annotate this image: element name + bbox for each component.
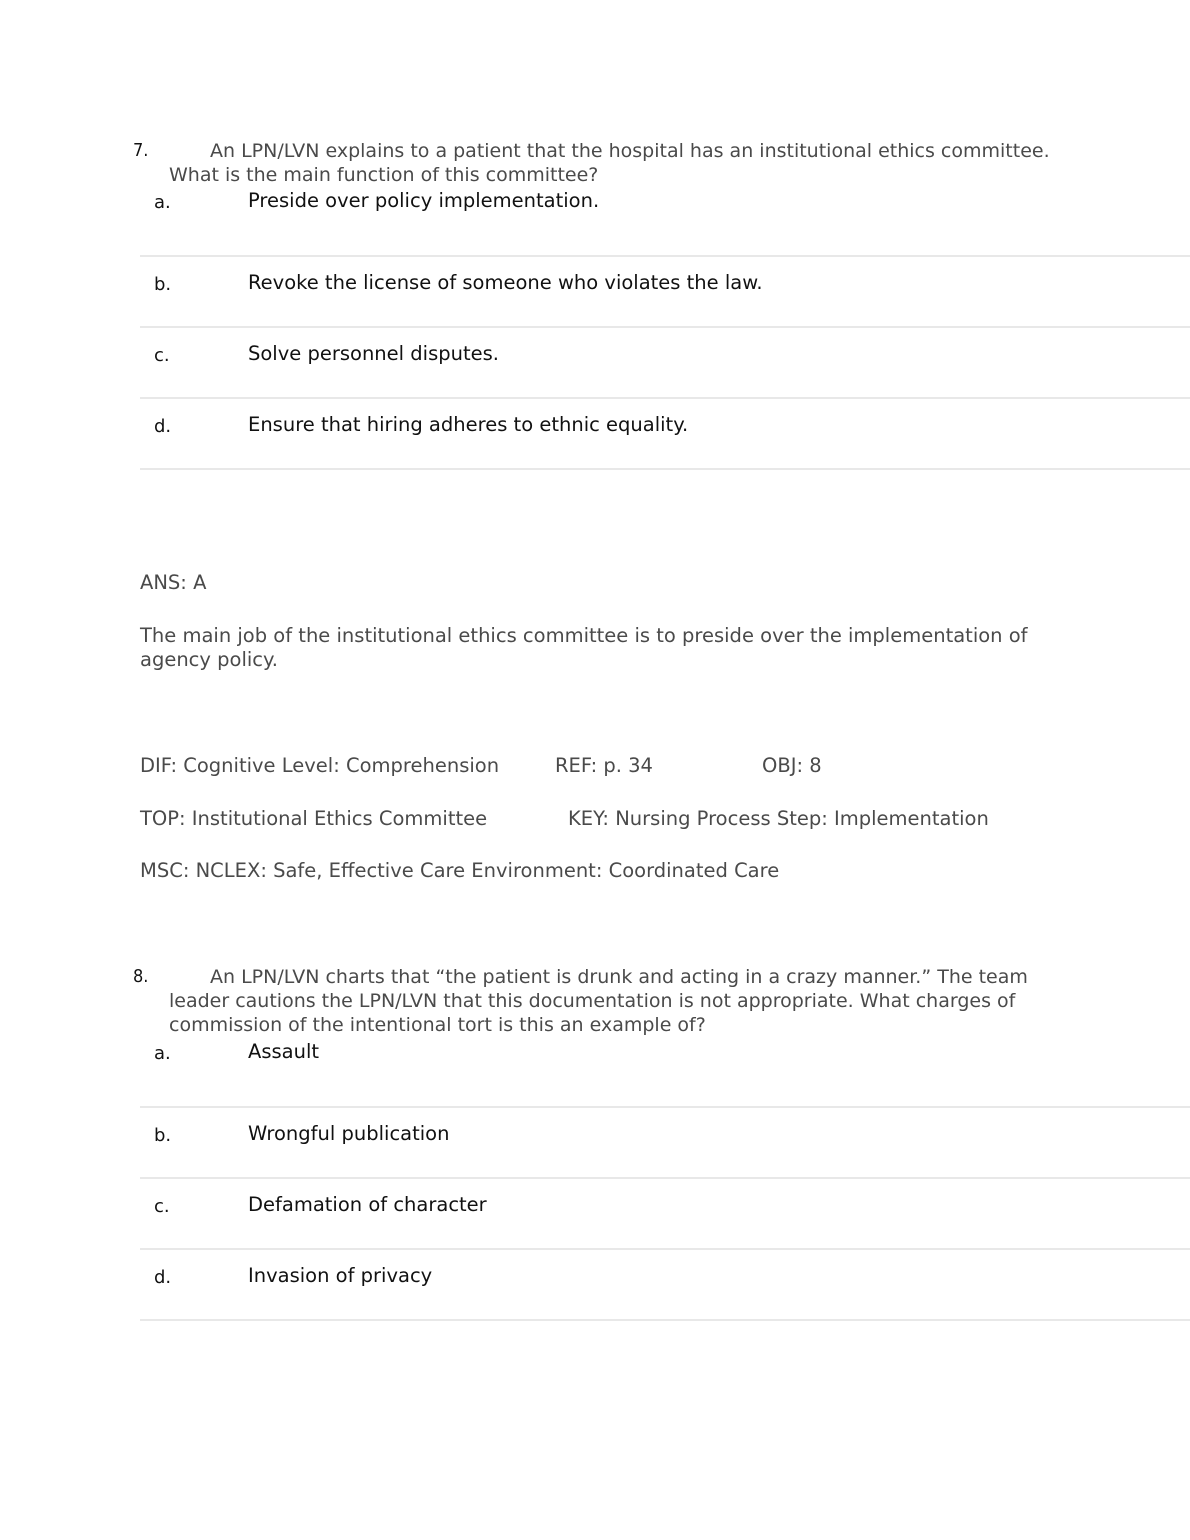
option-text: Defamation of character: [248, 1192, 487, 1218]
option-letter: b.: [154, 1125, 171, 1146]
question-number: 7.: [133, 139, 148, 163]
option-text: Revoke the license of someone who violat…: [248, 270, 763, 296]
reference: REF: p. 34: [555, 754, 653, 778]
rationale: The main job of the institutional ethics…: [140, 624, 1060, 672]
option-letter: d.: [154, 416, 171, 437]
option-a: a. Preside over policy implementation.: [140, 188, 1190, 257]
option-text: Assault: [248, 1039, 319, 1065]
question-stem: An LPN/LVN charts that “the patient is d…: [133, 965, 1053, 1037]
question-7-header: 7. An LPN/LVN explains to a patient that…: [133, 139, 1053, 187]
option-d: d. Invasion of privacy: [140, 1250, 1190, 1321]
option-text: Wrongful publication: [248, 1121, 449, 1147]
answer: ANS: A: [140, 571, 206, 595]
question-number: 8.: [133, 965, 148, 989]
question-8-options: a. Assault b. Wrongful publication c. De…: [140, 1039, 1190, 1321]
question-stem: An LPN/LVN explains to a patient that th…: [133, 139, 1053, 187]
objective: OBJ: 8: [762, 754, 822, 778]
option-text: Ensure that hiring adheres to ethnic equ…: [248, 412, 688, 438]
option-text: Invasion of privacy: [248, 1263, 432, 1289]
option-text: Preside over policy implementation.: [248, 188, 599, 214]
option-letter: d.: [154, 1267, 171, 1288]
question-7-options: a. Preside over policy implementation. b…: [140, 188, 1190, 470]
question-8-header: 8. An LPN/LVN charts that “the patient i…: [133, 965, 1053, 1037]
key: KEY: Nursing Process Step: Implementatio…: [568, 807, 989, 831]
option-letter: a.: [154, 1043, 171, 1064]
option-d: d. Ensure that hiring adheres to ethnic …: [140, 399, 1190, 470]
option-letter: b.: [154, 274, 171, 295]
msc: MSC: NCLEX: Safe, Effective Care Environ…: [140, 859, 779, 883]
option-b: b. Wrongful publication: [140, 1108, 1190, 1179]
topic: TOP: Institutional Ethics Committee: [140, 807, 487, 831]
option-a: a. Assault: [140, 1039, 1190, 1108]
option-c: c. Defamation of character: [140, 1179, 1190, 1250]
option-text: Solve personnel disputes.: [248, 341, 499, 367]
option-c: c. Solve personnel disputes.: [140, 328, 1190, 399]
difficulty: DIF: Cognitive Level: Comprehension: [140, 754, 499, 778]
option-letter: c.: [154, 1196, 170, 1217]
option-b: b. Revoke the license of someone who vio…: [140, 257, 1190, 328]
option-letter: a.: [154, 192, 171, 213]
option-letter: c.: [154, 345, 170, 366]
